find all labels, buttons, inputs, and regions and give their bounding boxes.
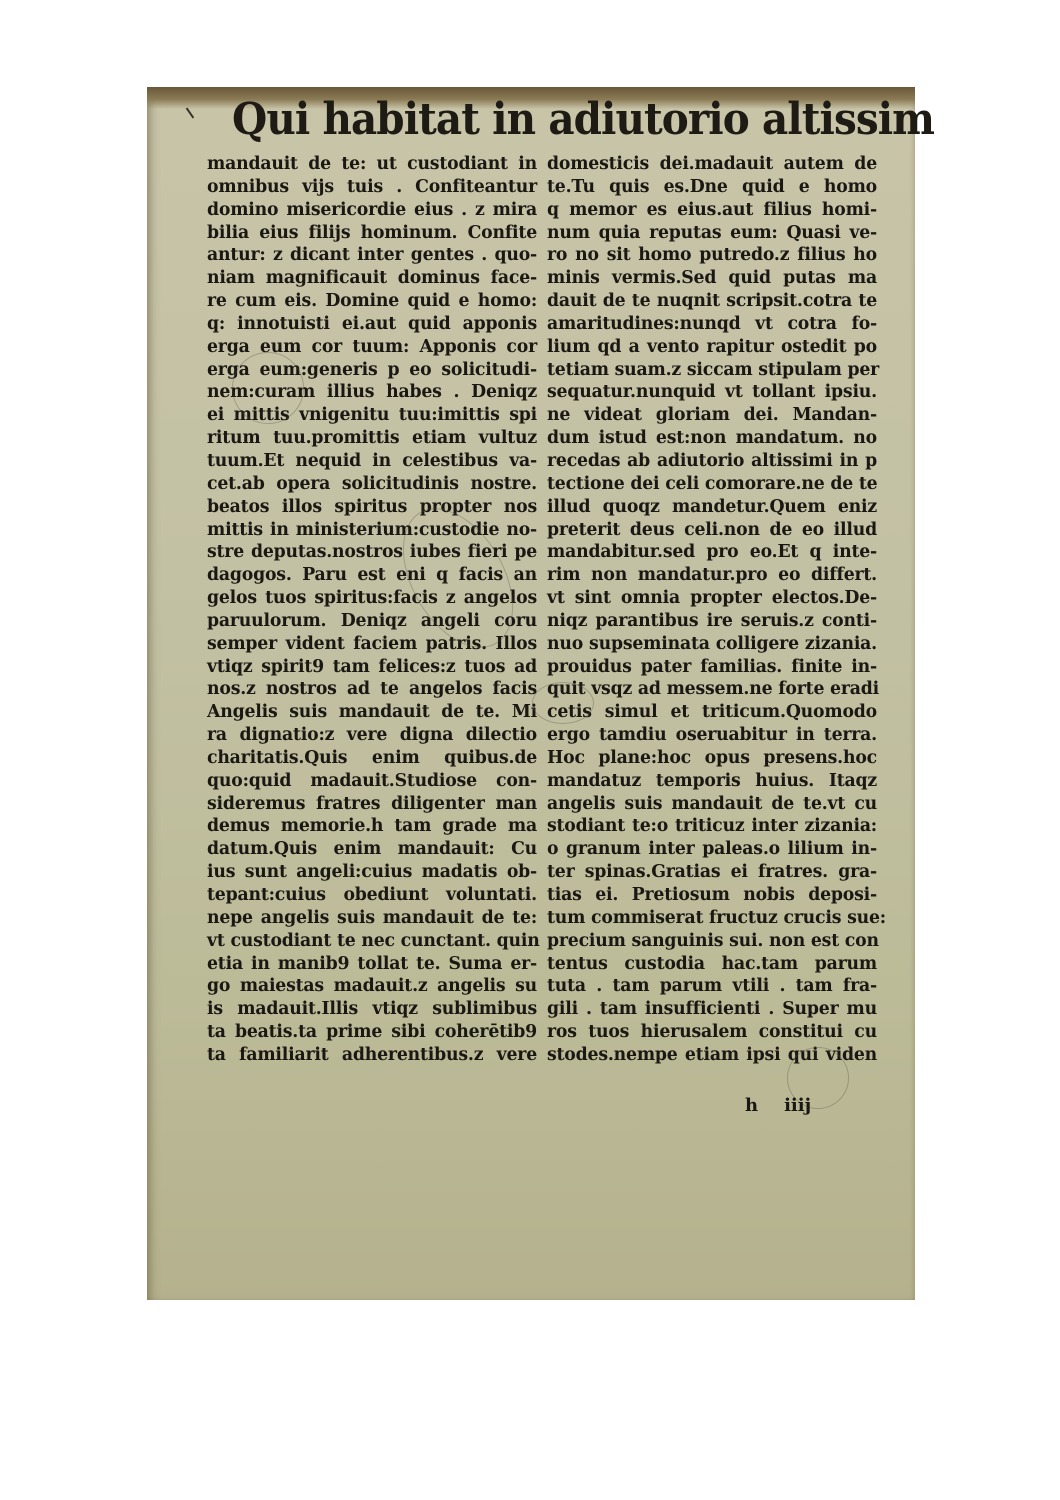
text-line: mandabitur.sed pro eo.Et q inte- — [547, 541, 877, 564]
text-line: vtiqz spirit9 tam felices:z tuos ad — [207, 656, 537, 679]
text-line: antur: z dicant inter gentes . quo- — [207, 244, 537, 267]
text-line: gili . tam insufficienti . Super mu — [547, 998, 877, 1021]
signature-letter: h — [745, 1095, 758, 1116]
text-line: ta familiarit adherentibus.z vere — [207, 1044, 537, 1067]
text-line: ta beatis.ta prime sibi coherētib9 — [207, 1021, 537, 1044]
text-line: tentus custodia hac.tam parum — [547, 953, 877, 976]
text-line: quit vsqz ad messem.ne forte eradi — [547, 678, 877, 701]
text-line: ritum tuu.promittis etiam vultuz — [207, 427, 537, 450]
text-column-right: domesticis dei.madauit autem dete.Tu qui… — [547, 153, 877, 1067]
text-line: tum commiserat fructuz crucis sue: — [547, 907, 877, 930]
signature-number: iiij — [784, 1095, 811, 1116]
text-line: sequatur.nunquid vt tollant ipsiu. — [547, 381, 877, 404]
text-line: dum istud est:non mandatum. no — [547, 427, 877, 450]
text-line: Hoc plane:hoc opus presens.hoc — [547, 747, 877, 770]
text-line: tetiam suam.z siccam stipulam per — [547, 359, 877, 382]
text-line: nepe angelis suis mandauit de te: — [207, 907, 537, 930]
text-line: mandauit de te: ut custodiant in — [207, 153, 537, 176]
text-line: amaritudines:nunqd vt cotra fo- — [547, 313, 877, 336]
book-page: Qui habitat in adiutorio altissim mandau… — [147, 87, 915, 1300]
text-line: prouidus pater familias. finite in- — [547, 656, 877, 679]
text-line: bilia eius filijs hominum. Confite — [207, 222, 537, 245]
text-line: datum.Quis enim mandauit: Cu — [207, 838, 537, 861]
text-line: cetis simul et triticum.Quomodo — [547, 701, 877, 724]
text-line: ra dignatio:z vere digna dilectio — [207, 724, 537, 747]
text-line: tectione dei celi comorare.ne de te — [547, 473, 877, 496]
text-line: ter spinas.Gratias ei fratres. gra- — [547, 861, 877, 884]
text-line: ne videat gloriam dei. Mandan- — [547, 404, 877, 427]
text-line: Angelis suis mandauit de te. Mi — [207, 701, 537, 724]
text-line: lium qd a vento rapitur ostedit po — [547, 336, 877, 359]
running-head: Qui habitat in adiutorio altissim — [232, 95, 821, 145]
text-line: is madauit.Illis vtiqz sublimibus — [207, 998, 537, 1021]
text-line: ros tuos hierusalem constitui cu — [547, 1021, 877, 1044]
text-line: ro no sit homo putredo.z filius ho — [547, 244, 877, 267]
text-line: domino misericordie eius . z mira — [207, 199, 537, 222]
text-line: dauit de te nuqnit scripsit.cotra te — [547, 290, 877, 313]
text-line: re cum eis. Domine quid e homo: — [207, 290, 537, 313]
text-line: ergo tamdiu oseruabitur in terra. — [547, 724, 877, 747]
ink-mark — [186, 108, 195, 119]
text-line: mittis in ministerium:custodie no- — [207, 519, 537, 542]
text-line: charitatis.Quis enim quibus.de — [207, 747, 537, 770]
text-line: cet.ab opera solicitudinis nostre. — [207, 473, 537, 496]
text-line: mandatuz temporis huius. Itaqz — [547, 770, 877, 793]
text-line: quo:quid madauit.Studiose con- — [207, 770, 537, 793]
text-line: minis vermis.Sed quid putas ma — [547, 267, 877, 290]
text-line: ius sunt angeli:cuius madatis ob- — [207, 861, 537, 884]
text-line: tuum.Et nequid in celestibus va- — [207, 450, 537, 473]
signature-mark: hiiij — [745, 1095, 837, 1116]
text-line: q: innotuisti ei.aut quid apponis — [207, 313, 537, 336]
text-line: domesticis dei.madauit autem de — [547, 153, 877, 176]
text-line: q memor es eius.aut filius homi- — [547, 199, 877, 222]
text-line: tuta . tam parum vtili . tam fra- — [547, 975, 877, 998]
text-line: niam magnificauit dominus face- — [207, 267, 537, 290]
text-line: recedas ab adiutorio altissimi in p — [547, 450, 877, 473]
text-line: etia in manib9 tollat te. Suma er- — [207, 953, 537, 976]
text-line: go maiestas madauit.z angelis su — [207, 975, 537, 998]
text-line: demus memorie.h tam grade ma — [207, 815, 537, 838]
text-line: sideremus fratres diligenter man — [207, 793, 537, 816]
text-line: beatos illos spiritus propter nos — [207, 496, 537, 519]
text-line: nos.z nostros ad te angelos facis — [207, 678, 537, 701]
text-line: stodiant te:o triticuz inter zizania: — [547, 815, 877, 838]
text-line: nuo supseminata colligere zizania. — [547, 633, 877, 656]
text-line: preterit deus celi.non de eo illud — [547, 519, 877, 542]
text-line: angelis suis mandauit de te.vt cu — [547, 793, 877, 816]
text-line: illud quoqz mandetur.Quem eniz — [547, 496, 877, 519]
text-line: rim non mandatur.pro eo differt. — [547, 564, 877, 587]
text-line: niqz parantibus ire seruis.z conti- — [547, 610, 877, 633]
text-line: tias ei. Pretiosum nobis deposi- — [547, 884, 877, 907]
text-line: vt custodiant te nec cunctant. quin — [207, 930, 537, 953]
text-line: num quia reputas eum: Quasi ve- — [547, 222, 877, 245]
stamp-outline — [532, 682, 594, 724]
text-line: o granum inter paleas.o lilium in- — [547, 838, 877, 861]
text-line: vt sint omnia propter electos.De- — [547, 587, 877, 610]
text-line: omnibus vijs tuis . Confiteantur — [207, 176, 537, 199]
text-line: te.Tu quis es.Dne quid e homo — [547, 176, 877, 199]
text-line: tepant:cuius obediunt voluntati. — [207, 884, 537, 907]
text-line: precium sanguinis sui. non est con — [547, 930, 877, 953]
stamp-outline — [232, 352, 304, 424]
